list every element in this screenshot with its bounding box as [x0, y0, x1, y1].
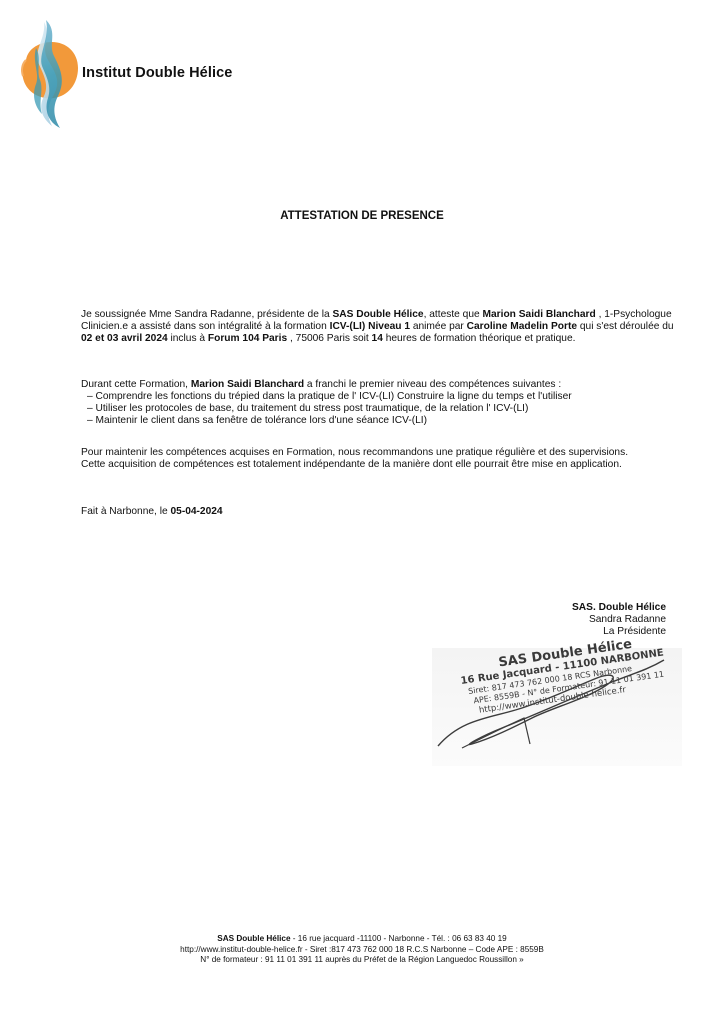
training-name: ICV-(LI) Niveau 1 — [330, 321, 410, 332]
footer-line-2: http://www.institut-double-helice.fr - S… — [0, 945, 724, 956]
brand-name: Institut Double Hélice — [82, 65, 232, 81]
participant-name: Marion Saidi Blanchard — [483, 309, 596, 320]
signatory-company: SAS. Double Hélice — [572, 602, 666, 614]
trainer-name: Caroline Madelin Porte — [467, 321, 577, 332]
competence-item: – Comprendre les fonctions du trépied da… — [81, 391, 681, 403]
document-title: ATTESTATION DE PRESENCE — [0, 210, 724, 222]
competences-paragraph: Durant cette Formation, Marion Saidi Bla… — [81, 379, 681, 427]
training-hours: 14 — [372, 333, 383, 344]
footer-address: - 16 rue jacquard -11100 - Narbonne - Té… — [291, 934, 507, 943]
text: , 75006 Paris soit — [287, 333, 371, 344]
text: inclus à — [168, 333, 208, 344]
place-date: Fait à Narbonne, le 05-04-2024 — [81, 506, 681, 518]
competence-item: – Utiliser les protocoles de base, du tr… — [81, 403, 681, 415]
text: Je soussignée Mme Sandra Radanne, présid… — [81, 309, 332, 320]
footer-line-1: SAS Double Hélice - 16 rue jacquard -111… — [0, 934, 724, 945]
text: qui s'est déroulée du — [577, 321, 674, 332]
recommendation-text: Pour maintenir les compétences acquises … — [81, 447, 628, 458]
participant-name: Marion Saidi Blanchard — [191, 379, 304, 390]
place-text: Fait à Narbonne, le — [81, 506, 170, 517]
issue-date: 05-04-2024 — [170, 506, 222, 517]
text: heures de formation théorique et pratiqu… — [383, 333, 576, 344]
signature-block: SAS. Double Hélice Sandra Radanne La Pré… — [572, 602, 666, 638]
independence-text: Cette acquisition de compétences est tot… — [81, 459, 622, 470]
company-stamp: SAS Double Hélice 16 Rue Jacquard - 1110… — [432, 648, 682, 766]
recommendation-paragraph: Pour maintenir les compétences acquises … — [81, 447, 681, 471]
training-venue: Forum 104 Paris — [208, 333, 287, 344]
document-footer: SAS Double Hélice - 16 rue jacquard -111… — [0, 934, 724, 966]
text: Durant cette Formation, — [81, 379, 191, 390]
flame-helix-logo-icon — [18, 18, 82, 130]
text: animée par — [410, 321, 467, 332]
company-name: SAS Double Hélice — [332, 309, 423, 320]
competence-item: – Maintenir le client dans sa fenêtre de… — [81, 415, 681, 427]
text: a franchi le premier niveau des compéten… — [304, 379, 561, 390]
text: , atteste que — [424, 309, 483, 320]
footer-company: SAS Double Hélice — [217, 934, 290, 943]
handwritten-signature-icon — [432, 648, 682, 766]
footer-line-3: N° de formateur : 91 11 01 391 11 auprès… — [0, 955, 724, 966]
signatory-name: Sandra Radanne — [572, 614, 666, 626]
attestation-paragraph: Je soussignée Mme Sandra Radanne, présid… — [81, 309, 681, 345]
institute-logo — [18, 18, 82, 130]
training-dates: 02 et 03 avril 2024 — [81, 333, 168, 344]
